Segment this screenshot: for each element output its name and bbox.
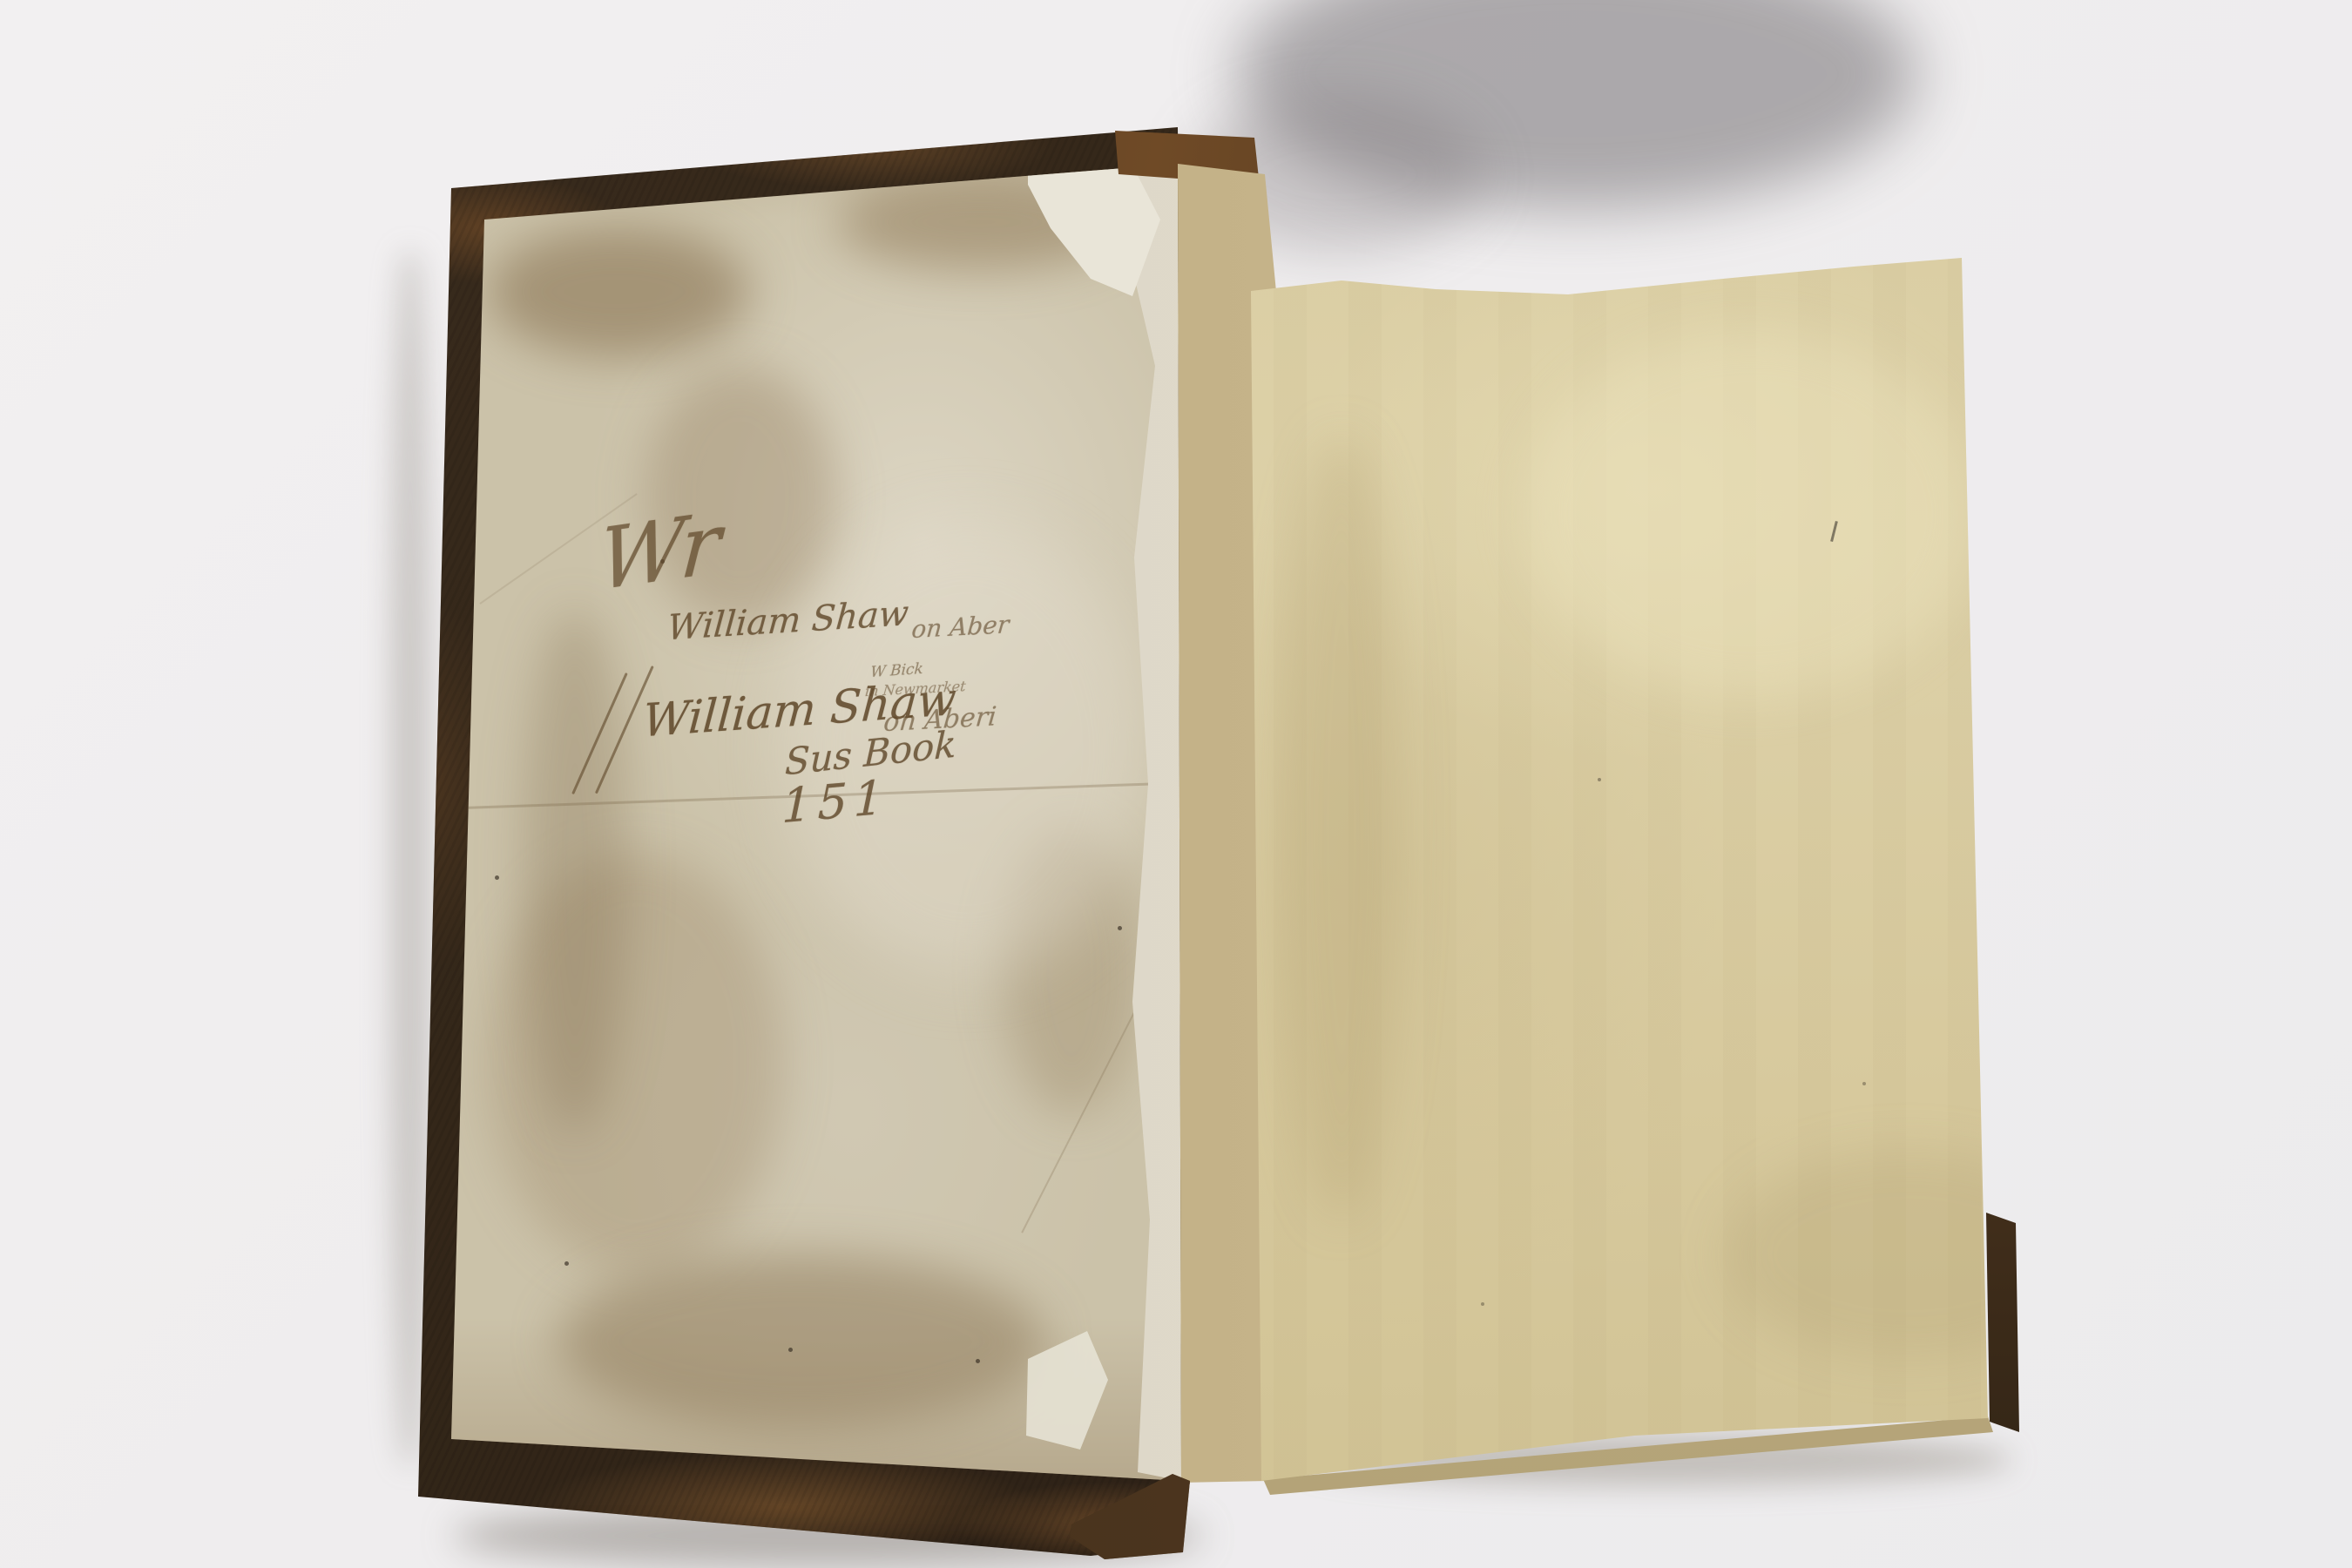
photo-canvas: Wr William Shaw on Aber W Bick in Newmar… (0, 0, 2352, 1568)
speck (564, 1261, 569, 1266)
speck (976, 1359, 980, 1363)
gutter-tone (1281, 436, 1402, 1220)
speck (788, 1348, 793, 1352)
inscription-monogram: Wr (596, 493, 724, 610)
stain-blob (558, 1254, 1045, 1429)
inscription-number: 151 (781, 769, 890, 834)
speck (1481, 1302, 1484, 1306)
speck (1118, 926, 1122, 930)
page-highlight (1524, 331, 1977, 697)
stain-blob (523, 610, 627, 1132)
speck (495, 875, 499, 880)
inscription-owner-1-place: on Aber (910, 610, 1010, 644)
stain-blob (488, 226, 749, 357)
page-tone (1725, 1150, 2091, 1359)
speck (1862, 1082, 1866, 1085)
speck (1598, 778, 1601, 781)
